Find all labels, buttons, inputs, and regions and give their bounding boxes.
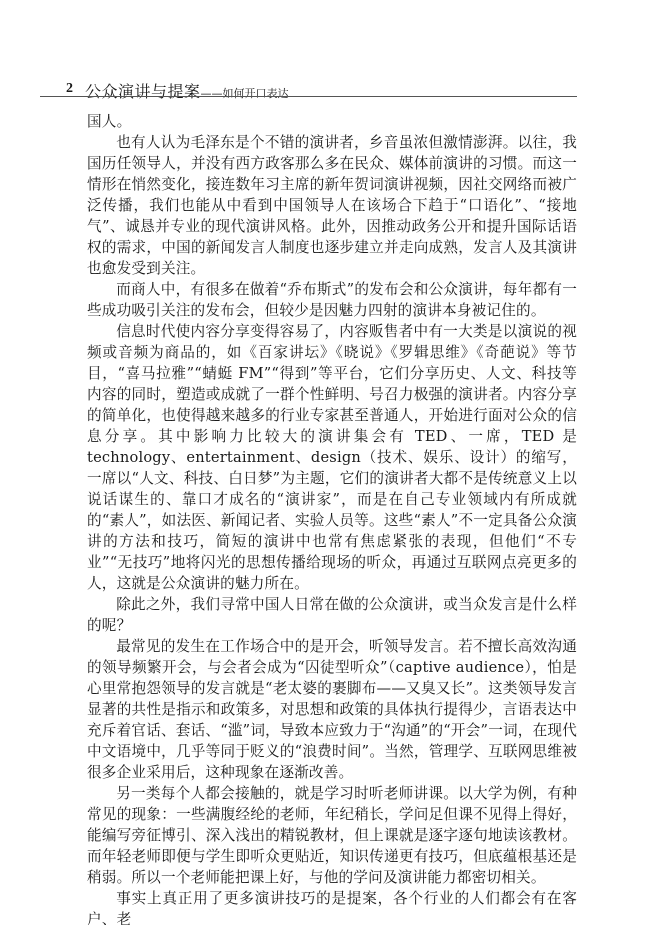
paragraph-4: 除此之外，我们寻常中国人日常在做的公众演讲，或当众发言是什么样的呢？ — [87, 594, 577, 636]
paragraph-5: 最常见的发生在工作场合中的是开会，听领导发言。若不擅长高效沟通的领导频繁开会，与… — [87, 636, 577, 783]
paragraph-2: 而商人中，有很多在做着“乔布斯式”的发布会和公众演讲，每年都有一些成功吸引关注的… — [87, 279, 577, 321]
running-header: 2 公众演讲与提案——如何开口表达 — [40, 80, 577, 100]
paragraph-6: 另一类每个人都会接触的，就是学习时听老师讲课。以大学为例，有种常见的现象：一些满… — [87, 783, 577, 888]
paragraph-3: 信息时代使内容分享变得容易了，内容贩售者中有一大类是以演说的视频或音频为商品的，… — [87, 321, 577, 594]
page-number: 2 — [66, 81, 73, 97]
book-subtitle: ——如何开口表达 — [201, 87, 289, 100]
paragraph-7: 事实上真正用了更多演讲技巧的是提案，各个行业的人们都会有在客户、老 — [87, 888, 577, 925]
book-title-main: 公众演讲与提案 — [85, 82, 201, 101]
paragraph-1: 也有人认为毛泽东是个不错的演讲者，乡音虽浓但激情澎湃。以往，我国历任领导人，并没… — [87, 132, 577, 279]
body-text: 国人。 也有人认为毛泽东是个不错的演讲者，乡音虽浓但激情澎湃。以往，我国历任领导… — [87, 111, 577, 925]
header-rule — [40, 96, 577, 97]
book-title: 公众演讲与提案——如何开口表达 — [85, 79, 289, 102]
paragraph-0: 国人。 — [87, 111, 577, 132]
